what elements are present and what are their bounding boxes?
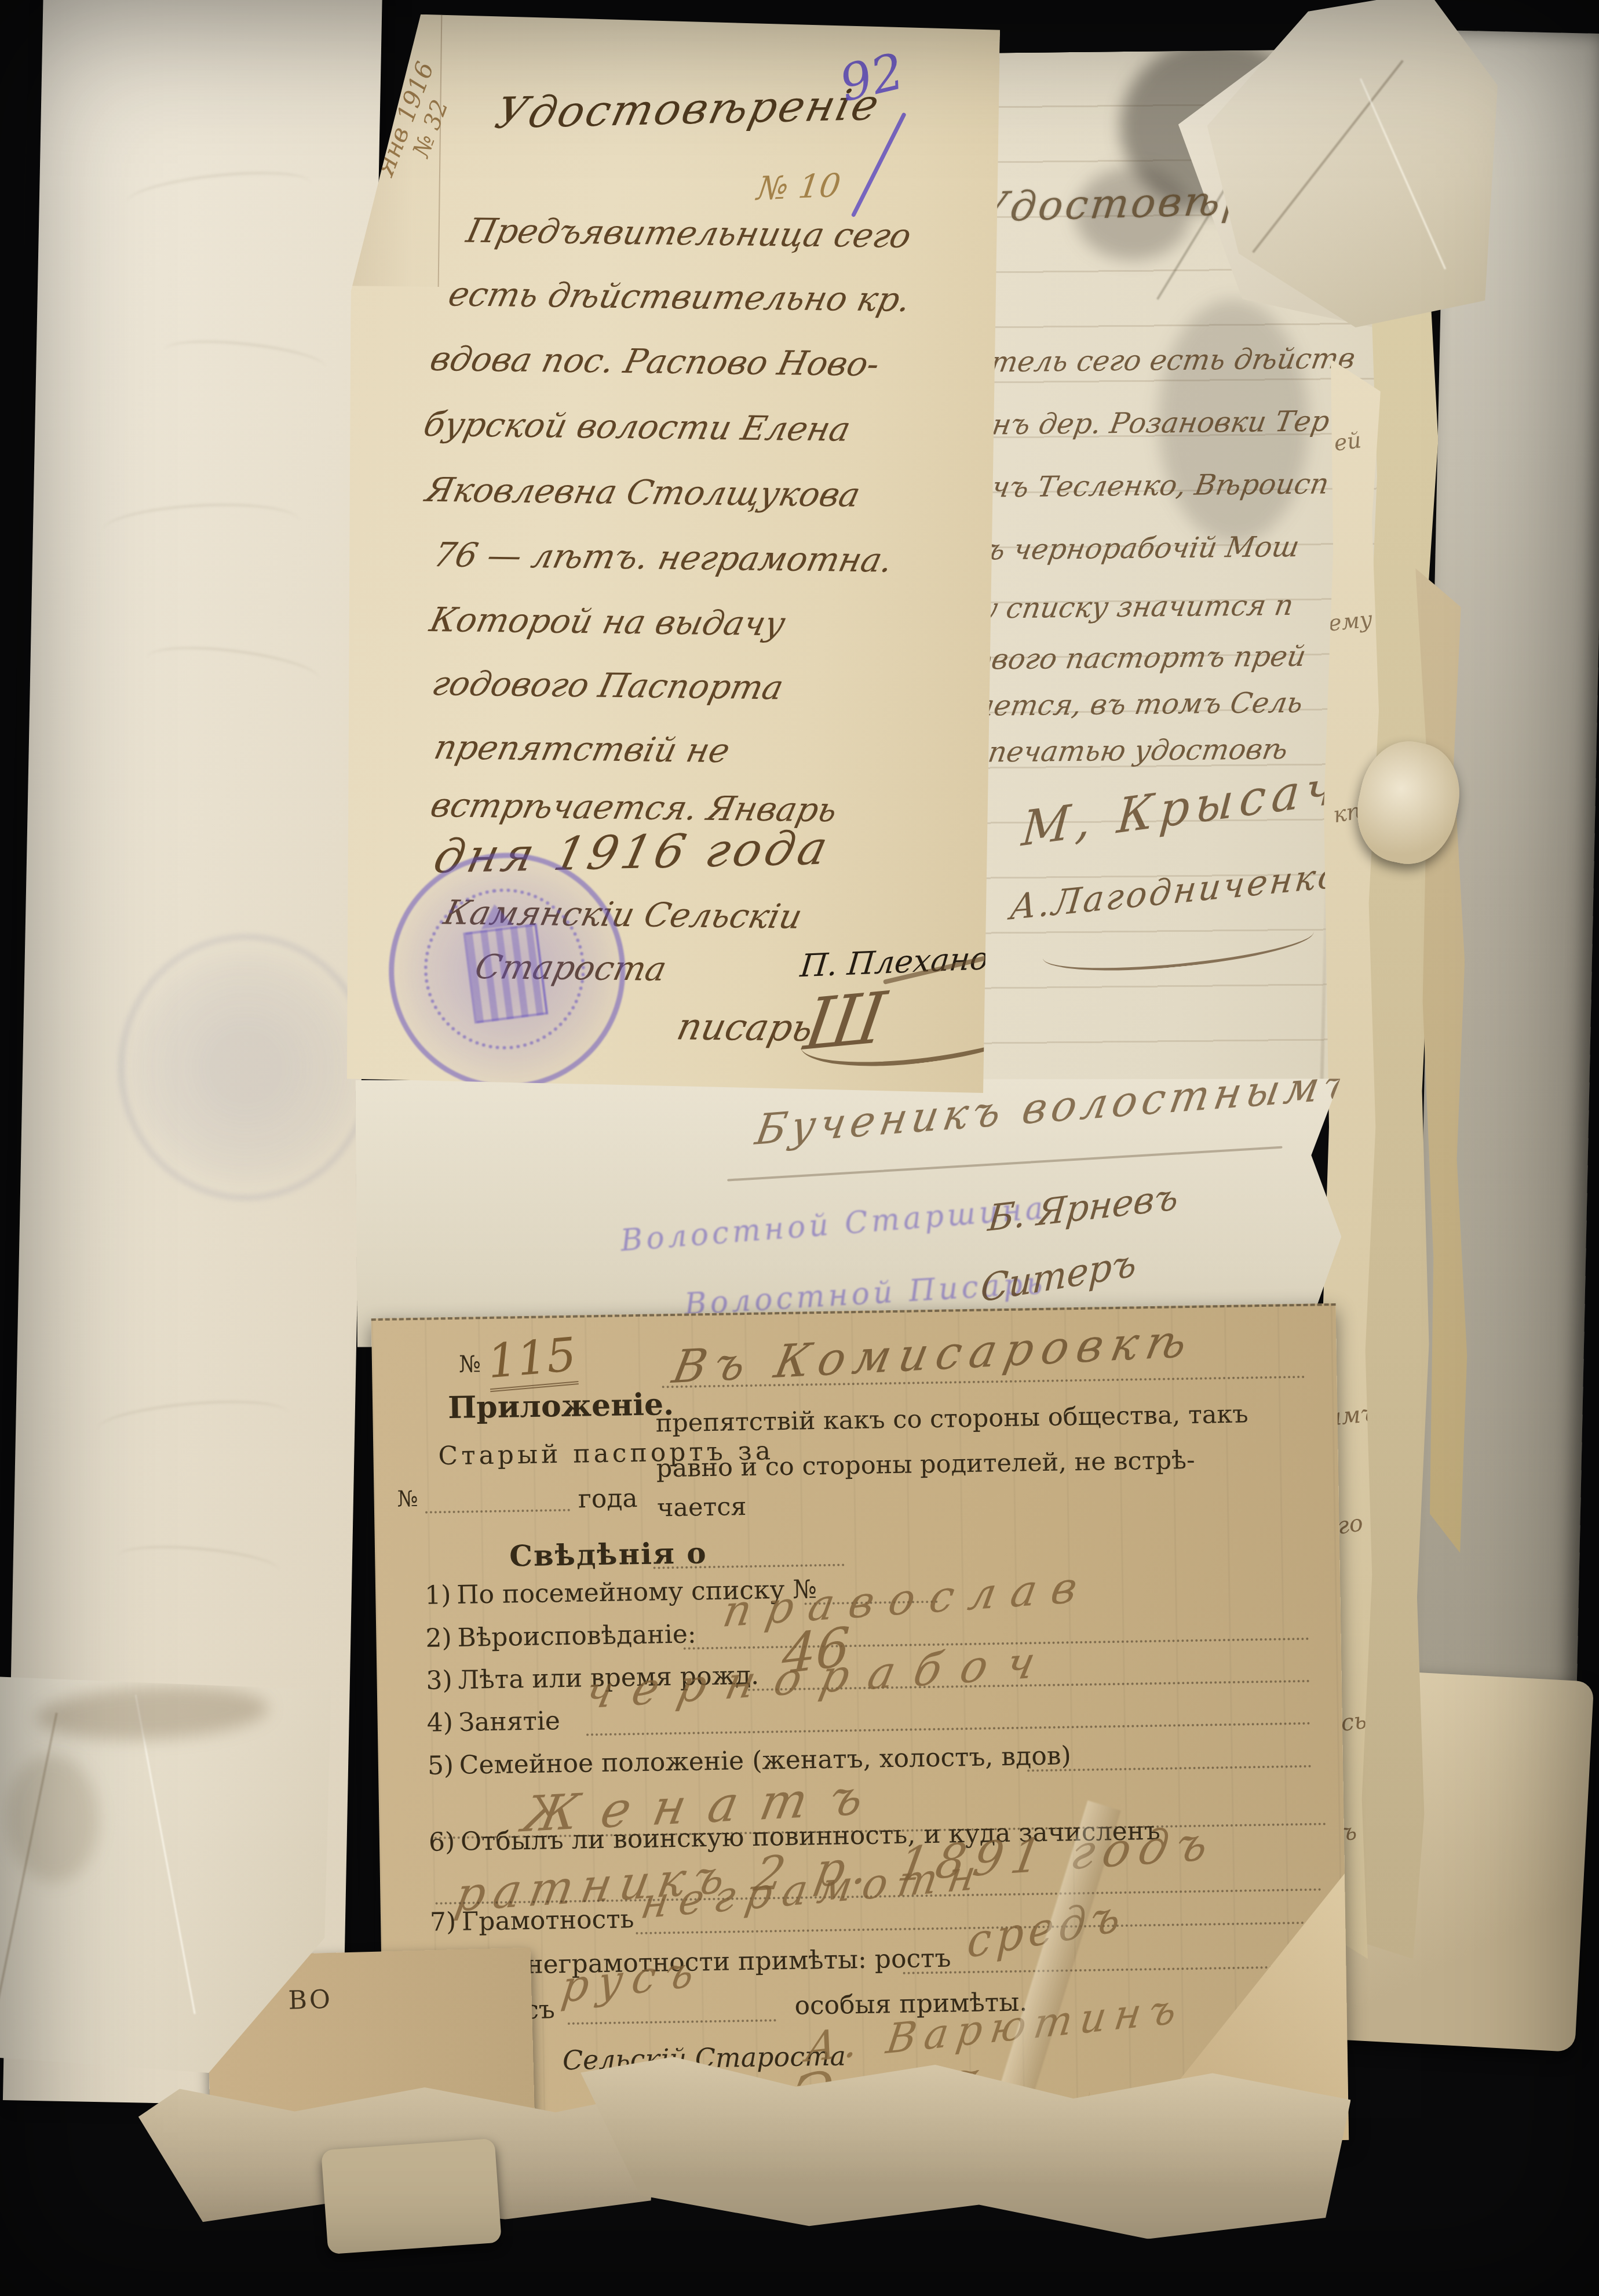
cert-line: Которой на выдачу bbox=[426, 600, 789, 643]
stamp-roof-glyph bbox=[479, 902, 514, 930]
bleedthrough-stroke bbox=[145, 639, 322, 698]
bottom-crumple-small bbox=[321, 2138, 502, 2254]
form-item-num: 1) bbox=[425, 1580, 451, 1610]
cert-line: 76 — лѣтъ. неграмотна. bbox=[430, 535, 896, 580]
form-item-num: 2) bbox=[425, 1623, 452, 1653]
form-item-rule bbox=[586, 1722, 1310, 1736]
volos-rule bbox=[568, 2019, 776, 2025]
form-paragraph-line: препятствій какъ со стороны общества, та… bbox=[655, 1400, 1248, 1438]
archive-photo: № Удостовѣреніе витель сего есть дѣйств … bbox=[0, 0, 1599, 2296]
right-cert-line: вичъ Тесленко, Вѣроисп bbox=[955, 467, 1331, 504]
stain bbox=[35, 1682, 269, 1744]
fragment-letters: ВО bbox=[288, 1985, 333, 2016]
form-item-answer: православ bbox=[719, 1561, 1096, 1637]
form-item-label: Грамотность bbox=[462, 1904, 634, 1937]
form-number-value: 115 bbox=[485, 1327, 579, 1392]
old-passport-rule bbox=[425, 1509, 570, 1514]
right-cert-line: витель сего есть дѣйств bbox=[953, 342, 1357, 379]
cert-line: годового Паспорта bbox=[429, 664, 787, 707]
cert-line: вдова пос. Распово Ново- bbox=[426, 339, 883, 384]
form-title: Приложеніе. bbox=[448, 1387, 674, 1426]
right-cert-line: нинъ дер. Розановки Тер bbox=[953, 404, 1332, 442]
clerk-label: писарь bbox=[673, 1005, 817, 1050]
central-certificate: ень Янв 1916 № 32 Удостовѣреніе 92 № 10 … bbox=[341, 13, 1001, 1096]
form-item-label: Вѣроисповѣданіе: bbox=[457, 1619, 696, 1652]
right-cert-line: тъ чернорабочій Мош bbox=[957, 530, 1302, 567]
right-cert-line: и печатью удостовѣ bbox=[958, 732, 1290, 769]
form-item-label: Занятіе bbox=[458, 1706, 560, 1737]
old-passport-year: года bbox=[578, 1484, 638, 1514]
right-cert-line: му списку значится п bbox=[955, 589, 1296, 625]
bleedthrough-stamp bbox=[116, 932, 376, 1203]
bleedthrough-stroke bbox=[101, 500, 300, 552]
right-cert-signature-second: А.Лагодниченко bbox=[1008, 855, 1344, 928]
bleedthrough-stroke bbox=[96, 1394, 289, 1448]
form-item-num: 4) bbox=[426, 1708, 453, 1738]
right-cert-line: дового пастортъ прей bbox=[954, 640, 1309, 676]
form-number-label: № bbox=[459, 1351, 481, 1378]
bottom-crumple bbox=[578, 2055, 1351, 2242]
old-passport-no: № bbox=[397, 1486, 418, 1512]
cert-line: Яковлевна Столщукова bbox=[422, 470, 864, 515]
form-item-num: 7) bbox=[430, 1907, 457, 1937]
scrawl-tail bbox=[727, 1146, 1283, 1182]
cert-line: бурской волости Елена bbox=[420, 404, 854, 449]
starshina-stamp-text: Волостной Старшина bbox=[619, 1191, 1048, 1258]
form-item-num: 3) bbox=[426, 1665, 452, 1696]
stain bbox=[3, 1753, 101, 1885]
form-paragraph-line: чается bbox=[657, 1492, 747, 1522]
cert-line: Предъявительница сего bbox=[463, 211, 915, 256]
form-item-rule bbox=[903, 1966, 1315, 1974]
form-item-num: 5) bbox=[428, 1751, 454, 1781]
form-item-num: 6) bbox=[429, 1827, 455, 1857]
bleedthrough-stroke bbox=[116, 1540, 281, 1586]
central-cert-title: Удостовѣреніе bbox=[491, 80, 885, 139]
bleedthrough-stroke bbox=[163, 334, 327, 382]
pencil-mark: 92 bbox=[834, 42, 910, 113]
crease-line bbox=[135, 1694, 196, 2014]
form-item-label: При неграмотности примѣты: ростъ bbox=[462, 1944, 951, 1981]
cert-line: препятствій не bbox=[430, 727, 733, 770]
scrap-fragment: ей bbox=[1332, 427, 1363, 456]
scrap-fragment: ему bbox=[1327, 606, 1374, 636]
stamp-building-glyph bbox=[463, 923, 548, 1023]
right-cert-line: чается, въ томъ Сель bbox=[957, 686, 1306, 723]
starshina-signature: Б. Ярневъ bbox=[986, 1175, 1180, 1240]
bleedthrough-stroke bbox=[125, 165, 313, 221]
pisar-signature: Ситеръ bbox=[980, 1241, 1137, 1311]
cert-line: есть дѣйствительно кр. bbox=[445, 274, 915, 319]
central-cert-number: № 10 bbox=[755, 167, 843, 207]
